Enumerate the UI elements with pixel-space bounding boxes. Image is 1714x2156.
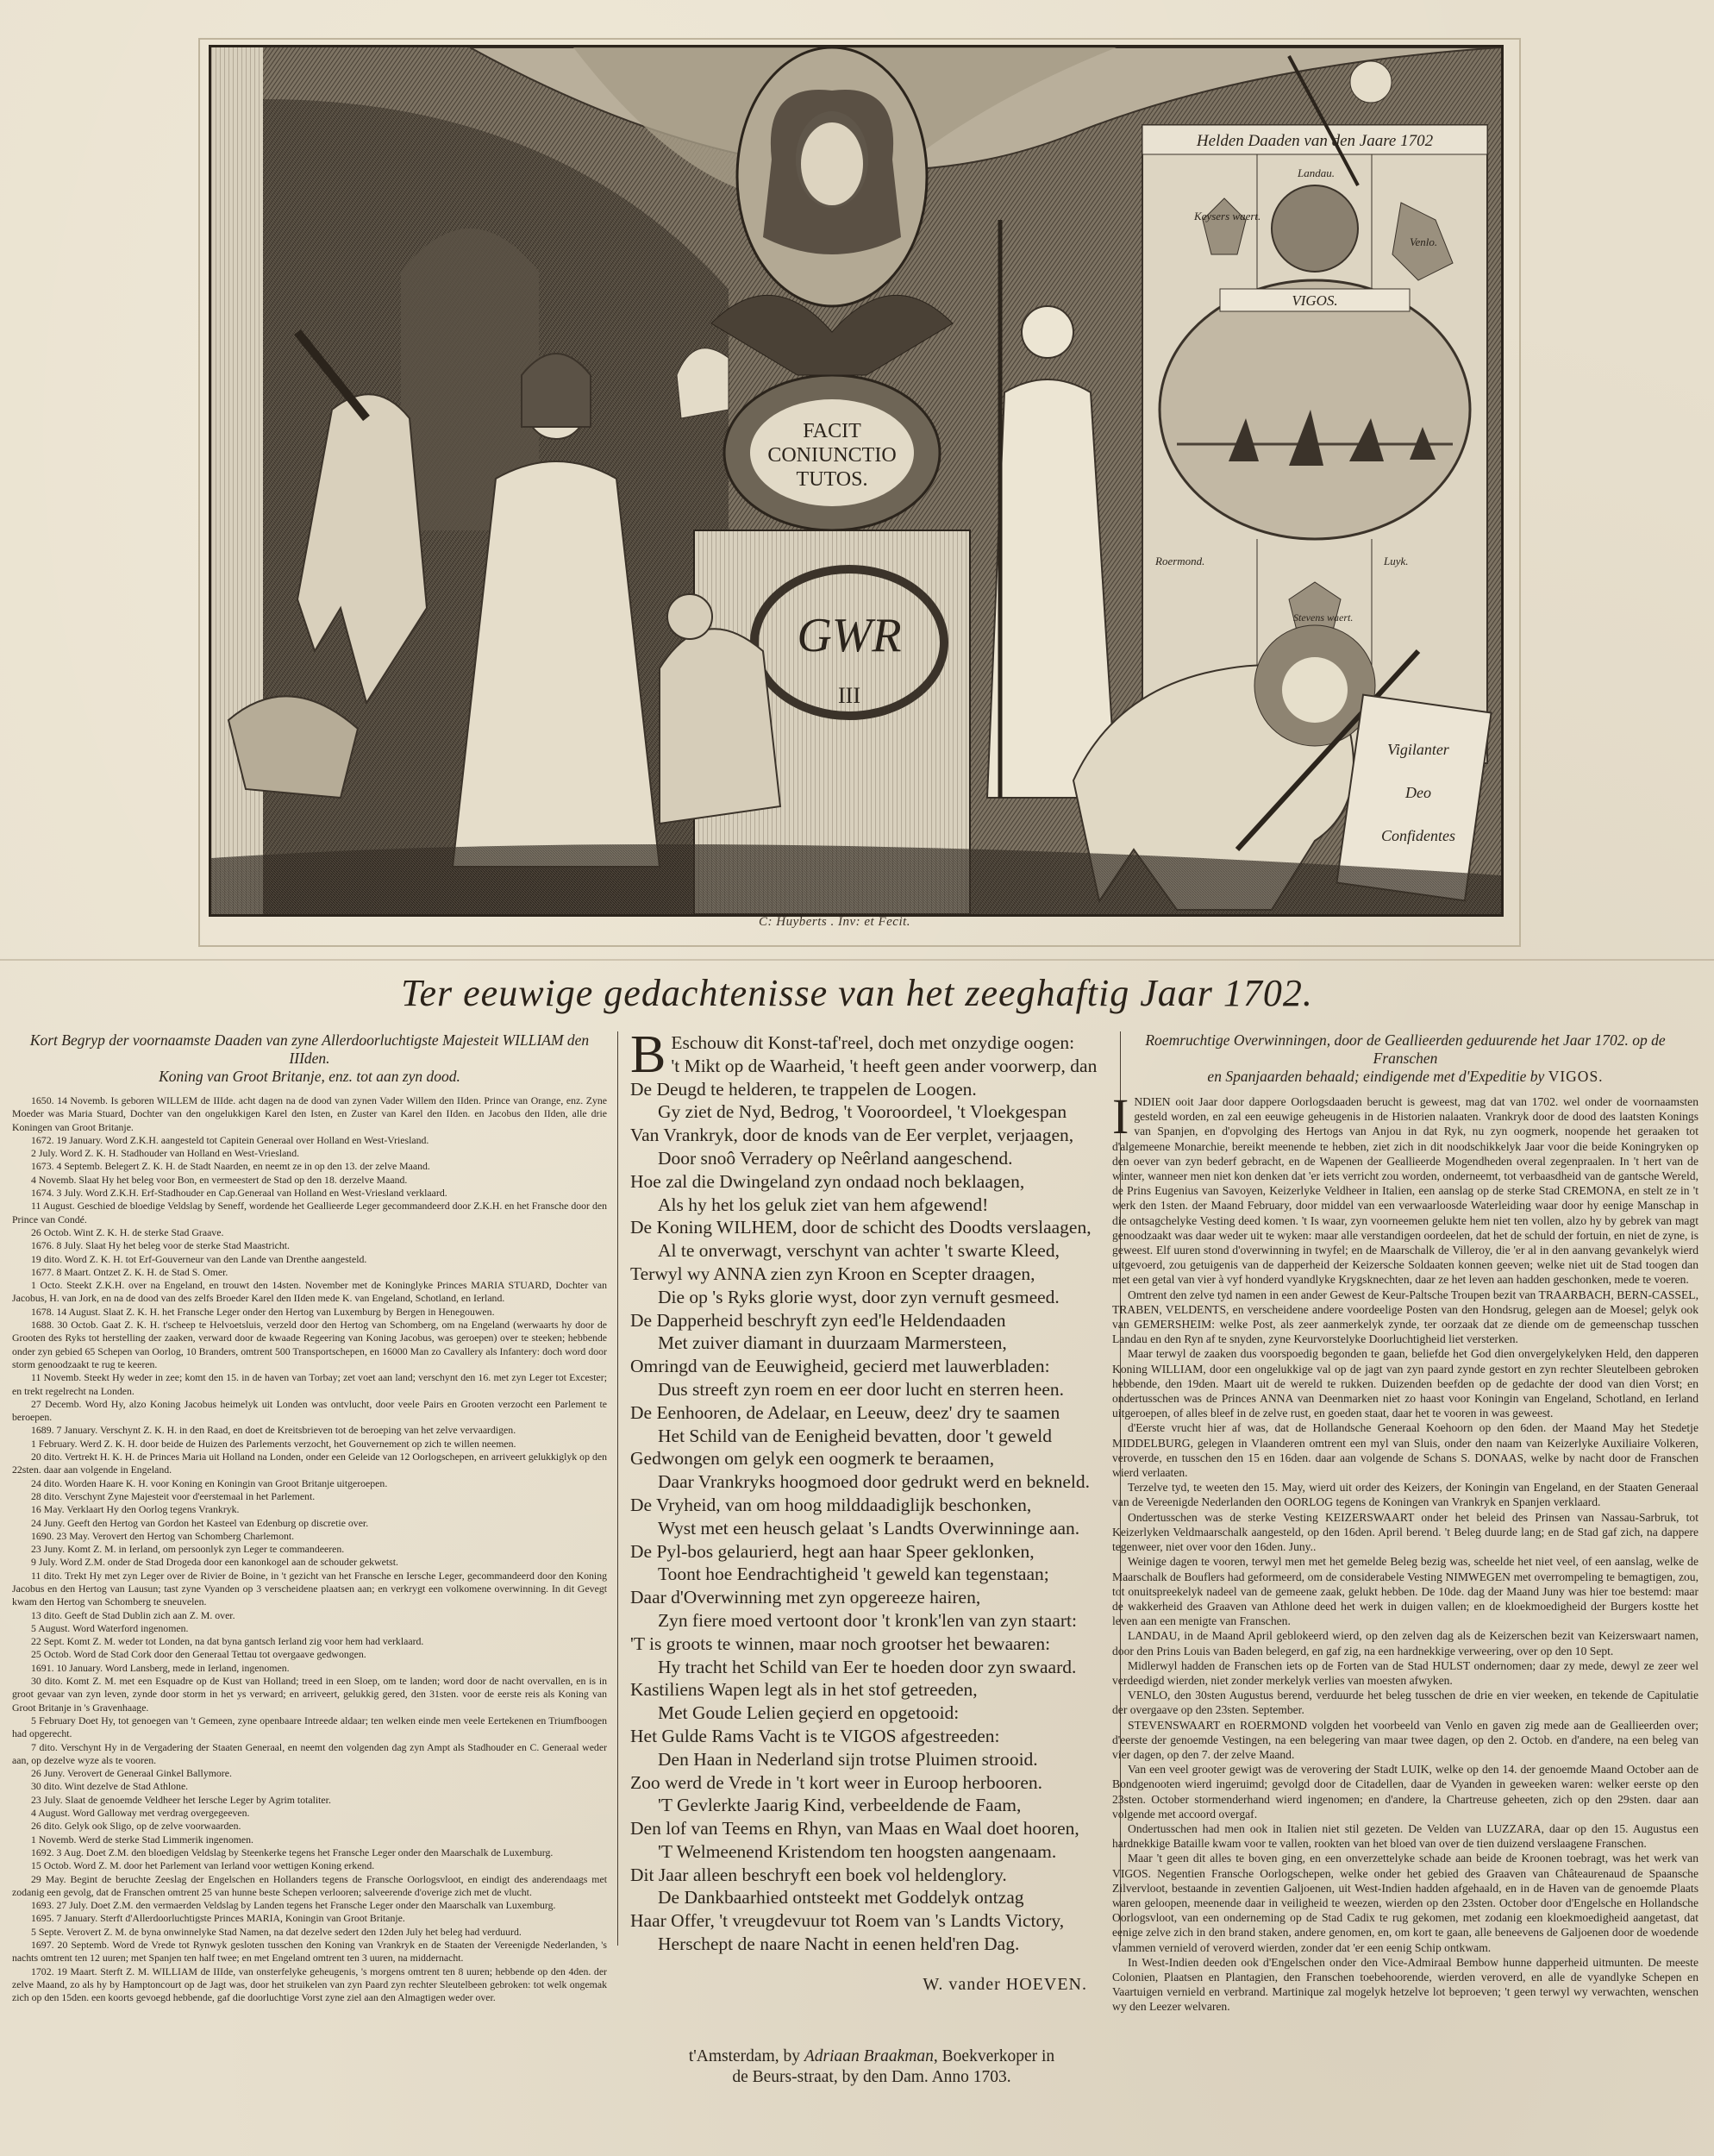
chronology-column: Kort Begryp der voornaamste Daaden van z…	[12, 1031, 607, 2004]
poem-line: Zoo werd de Vrede in 't kort weer in Eur…	[630, 1771, 1113, 1795]
engraving-illustration: FACIT CONIUNCTIO TUTOS. GWR III	[211, 47, 1501, 914]
victories-paragraph: Maar 't geen dit alles te boven ging, en…	[1112, 1851, 1698, 1954]
chronology-entry: 24 Juny. Geeft den Hertog van Gordon het…	[12, 1517, 607, 1530]
svg-text:Deo: Deo	[1404, 784, 1431, 801]
chronology-heading-line2: Koning van Groot Britanje, enz. tot aan …	[12, 1068, 607, 1086]
chronology-entry: 13 dito. Geeft de Stad Dublin zich aan Z…	[12, 1609, 607, 1622]
vigos-battle-scene	[1160, 280, 1470, 539]
chronology-entry: 19 dito. Word Z. K. H. tot Erf-Gouverneu…	[12, 1253, 607, 1266]
poem-line: Met Goude Lelien geçierd en opgetooid:	[630, 1702, 1113, 1725]
victories-paragraph: NDIEN ooit Jaar door dappere Oorlogsdaad…	[1112, 1095, 1698, 1286]
poem-line: Den Haan in Nederland sijn trotse Pluime…	[630, 1748, 1113, 1771]
chronology-entry: 4 August. Word Galloway met verdrag over…	[12, 1807, 607, 1820]
svg-text:Confidentes: Confidentes	[1381, 827, 1455, 844]
chronology-entry: 5 August. Word Waterford ingenomen.	[12, 1622, 607, 1635]
chronology-entry: 1678. 14 August. Slaat Z. K. H. het Fran…	[12, 1306, 607, 1319]
publisher-imprint: t'Amsterdam, by Adriaan Braakman, Boekve…	[630, 2046, 1113, 2088]
poem-line: De Dankbaarhied ontsteekt met Goddelyk o…	[630, 1886, 1113, 1909]
chronology-entry: 15 Octob. Word Z. M. door het Parlement …	[12, 1859, 607, 1872]
poem-line: Haar Offer, 't vreugdevuur tot Roem van …	[630, 1909, 1113, 1933]
victories-paragraph: STEVENSWAART en ROERMOND volgden het voo…	[1112, 1718, 1698, 1763]
victories-paragraph: Ondertusschen was de sterke Vesting KEIZ…	[1112, 1510, 1698, 1555]
svg-text:Keysers waert.: Keysers waert.	[1193, 210, 1260, 222]
victories-paragraph: Terzelve tyd, te weeten den 15. May, wie…	[1112, 1480, 1698, 1509]
chronology-entry: 11 August. Geschied de bloedige Veldslag…	[12, 1200, 607, 1226]
imprint-publisher: Adriaan Braakman	[804, 2047, 934, 2065]
victories-dropcap: I	[1112, 1097, 1129, 1137]
poem-signature: W. vander HOEVEN.	[630, 1975, 1113, 1995]
chronology-entry: 25 Octob. Word de Stad Cork door den Gen…	[12, 1648, 607, 1661]
poem-dropcap: B	[630, 1033, 666, 1076]
chronology-entry: 26 Juny. Verovert de Generaal Ginkel Bal…	[12, 1767, 607, 1780]
chronology-entry: 30 dito. Komt Z. M. met een Esquadre op …	[12, 1675, 607, 1714]
page-title: Ter eeuwige gedachtenisse van het zeegha…	[0, 971, 1714, 1015]
victories-paragraph: LANDAU, in de Maand April geblokeerd wie…	[1112, 1628, 1698, 1658]
chronology-entry: 5 February Doet Hy, tot genoegen van 't …	[12, 1714, 607, 1741]
chronology-entry: 1 Novemb. Werd de sterke Stad Limmerik i…	[12, 1833, 607, 1846]
svg-text:Venlo.: Venlo.	[1410, 235, 1437, 248]
chronology-entry: 1697. 20 Septemb. Word de Vrede tot Rynw…	[12, 1939, 607, 1965]
poem-line: De Vryheid, van om hoog milddaadiglijk b…	[630, 1494, 1113, 1517]
chronology-entry: 1690. 23 May. Verovert den Hertog van Sc…	[12, 1530, 607, 1543]
poem-line: 'T Welmeenend Kristendom ten hoogsten aa…	[630, 1840, 1113, 1864]
chronology-entry: 1650. 14 Novemb. Is geboren WILLEM de II…	[12, 1094, 607, 1134]
svg-text:Landau.: Landau.	[1297, 166, 1335, 179]
chronology-entry: 29 May. Begint de beruchte Zeeslag der E…	[12, 1873, 607, 1900]
chronology-entry: 1676. 8 July. Slaat Hy het beleg voor de…	[12, 1239, 607, 1252]
chronology-entry: 26 dito. Gelyk ook Sligo, op de zelve vo…	[12, 1820, 607, 1833]
chronology-entry: 9 July. Word Z.M. onder de Stad Drogeda …	[12, 1556, 607, 1569]
chronology-entry: 1688. 30 Octob. Gaat Z. K. H. t'scheep t…	[12, 1319, 607, 1371]
victories-heading: Roemruchtige Overwinningen, door de Geal…	[1112, 1031, 1698, 1086]
motto-cartouche: FACIT CONIUNCTIO TUTOS.	[724, 375, 940, 530]
chronology-entry: 1677. 8 Maart. Ontzet Z. K. H. de Stad S…	[12, 1266, 607, 1279]
engraving-allegory: FACIT CONIUNCTIO TUTOS. GWR III	[209, 45, 1504, 917]
chronology-entry: 7 dito. Verschynt Hy in de Vergadering d…	[12, 1741, 607, 1768]
victories-paragraph: Weinige dagen te vooren, terwyl men met …	[1112, 1554, 1698, 1628]
chronology-entry: 1674. 3 July. Word Z.K.H. Erf-Stadhouder…	[12, 1187, 607, 1200]
victories-paragraph: d'Eerste vrucht hier af was, dat de Holl…	[1112, 1420, 1698, 1480]
poem-line: Terwyl wy ANNA zien zyn Kroon en Scepter…	[630, 1263, 1113, 1286]
poem-line: 't Mikt op de Waarheid, 't heeft geen an…	[630, 1055, 1113, 1078]
portrait-william-iii	[737, 47, 927, 306]
victories-column: Roemruchtige Overwinningen, door de Geal…	[1112, 1031, 1698, 2015]
poem-line: Als hy het los geluk ziet van hem afgewe…	[630, 1194, 1113, 1217]
chronology-entry: 28 dito. Verschynt Zyne Majesteit voor d…	[12, 1490, 607, 1503]
svg-text:Vigilanter: Vigilanter	[1387, 741, 1450, 758]
victories-paragraph: In West-Indien deeden ook d'Engelschen o…	[1112, 1955, 1698, 2015]
svg-text:Roermond.: Roermond.	[1154, 555, 1204, 567]
poem-line: Toont hoe Eendrachtigheid 't geweld kan …	[630, 1563, 1113, 1586]
chronology-entry: 27 Decemb. Word Hy, alzo Koning Jacobus …	[12, 1398, 607, 1425]
poem-line: Omringd van de Eeuwigheid, gecierd met l…	[630, 1355, 1113, 1378]
poem-column: B Eschouw dit Konst-taf'reel, doch met o…	[617, 1031, 1121, 1946]
chronology-entry: 1691. 10 January. Word Lansberg, mede in…	[12, 1662, 607, 1675]
chronology-entry: 20 dito. Vertrekt H. K. H. de Princes Ma…	[12, 1451, 607, 1477]
poem-line: Gedwongen om gelyk een oogmerk te beraam…	[630, 1447, 1113, 1470]
chronology-heading-line1: Kort Begryp der voornaamste Daaden van z…	[12, 1031, 607, 1068]
svg-text:CONIUNCTIO: CONIUNCTIO	[767, 444, 896, 467]
poem-line: Van Vrankryk, door de knods van de Eer v…	[630, 1124, 1113, 1147]
imprint-text: , Boekverkoper in	[934, 2047, 1054, 2065]
poem-line: Kastiliens Wapen legt als in het stof ge…	[630, 1678, 1113, 1702]
victories-paragraph: VENLO, den 30sten Augustus berend, verdu…	[1112, 1688, 1698, 1717]
chronology-entry: 24 dito. Worden Haare K. H. voor Koning …	[12, 1477, 607, 1490]
poem-line: De Dapperheid beschryft zyn eed'le Helde…	[630, 1309, 1113, 1332]
poem-line: Dus streeft zyn roem en eer door lucht e…	[630, 1378, 1113, 1401]
chronology-entries: 1650. 14 Novemb. Is geboren WILLEM de II…	[12, 1094, 607, 2004]
victories-text: INDIEN ooit Jaar door dappere Oorlogsdaa…	[1112, 1094, 1698, 2015]
chronology-entry: 11 dito. Trekt Hy met zyn Leger over de …	[12, 1570, 607, 1609]
poem-line: Gy ziet de Nyd, Bedrog, 't Vooroordeel, …	[630, 1100, 1113, 1124]
poem-line: Met zuiver diamant in duurzaam Marmerste…	[630, 1332, 1113, 1355]
poem-line: Het Gulde Rams Vacht is te VIGOS afgestr…	[630, 1725, 1113, 1748]
poem-line: De Pyl-bos gelaurierd, hegt aan haar Spe…	[630, 1540, 1113, 1564]
poem-line: Zyn fiere moed vertoont door 't kronk'le…	[630, 1609, 1113, 1633]
chronology-entry: 1695. 7 January. Sterft d'Allerdoorlucht…	[12, 1912, 607, 1925]
poem-line: Al te onverwagt, verschynt van achter 't…	[630, 1239, 1113, 1263]
chronology-entry: 23 Juny. Komt Z. M. in Ierland, om perso…	[12, 1543, 607, 1556]
poem-line: Daar Vrankryks hoogmoed door gedrukt wer…	[630, 1470, 1113, 1494]
victories-heading-line1: Roemruchtige Overwinningen, door de Geal…	[1112, 1031, 1698, 1068]
poem-line: Hoe zal die Dwingeland zyn ondaad noch b…	[630, 1170, 1113, 1194]
chronology-entry: 30 dito. Wint dezelve de Stad Athlone.	[12, 1780, 607, 1793]
poem-line: De Deugd te helderen, te trappelen de Lo…	[630, 1078, 1113, 1101]
imprint-address: de Beurs-straat, by den Dam. Anno 1703.	[732, 2068, 1010, 2086]
chronology-entry: 22 Sept. Komt Z. M. weder tot Londen, na…	[12, 1635, 607, 1648]
svg-text:Stevens waert.: Stevens waert.	[1293, 611, 1353, 624]
chronology-entry: 1673. 4 Septemb. Belegert Z. K. H. de St…	[12, 1160, 607, 1173]
svg-text:VIGOS.: VIGOS.	[1292, 292, 1337, 309]
svg-text:TUTOS.: TUTOS.	[797, 468, 868, 491]
svg-text:III: III	[838, 683, 860, 708]
poem-line: Dit Jaar alleen beschryft een boek vol h…	[630, 1864, 1113, 1887]
chronology-entry: 11 Novemb. Steekt Hy weder in zee; komt …	[12, 1371, 607, 1398]
chronology-entry: 1692. 3 Aug. Doet Z.M. den bloedigen Vel…	[12, 1846, 607, 1859]
victories-heading-vigos: VIGOS.	[1548, 1068, 1604, 1085]
victories-paragraph: Maar terwyl de zaaken dus voorspoedig be…	[1112, 1346, 1698, 1420]
svg-text:GWR: GWR	[797, 609, 901, 662]
svg-text:FACIT: FACIT	[803, 420, 861, 442]
chronology-entry: 4 Novemb. Slaat Hy het beleg voor Bon, e…	[12, 1174, 607, 1187]
poem-line: De Koning WILHEM, door de schicht des Do…	[630, 1216, 1113, 1239]
poem-line: 'T Gevlerkte Jaarig Kind, verbeeldende d…	[630, 1794, 1113, 1817]
chronology-entry: 26 Octob. Wint Z. K. H. de sterke Stad G…	[12, 1226, 607, 1239]
chronology-entry: 2 July. Word Z. K. H. Stadhouder van Hol…	[12, 1147, 607, 1160]
engraver-credit: C: Huyberts . Inv: et Fecit.	[759, 915, 910, 930]
poem-line: Wyst met een heusch gelaat 's Landts Ove…	[630, 1517, 1113, 1540]
victories-paragraph: Ondertusschen had men ook in Italien nie…	[1112, 1821, 1698, 1851]
svg-text:Helden Daaden van den Jaare 17: Helden Daaden van den Jaare 1702	[1196, 132, 1434, 150]
poem-line: Hy tracht het Schild van Eer te hoeden d…	[630, 1656, 1113, 1679]
fold-line	[0, 959, 1714, 961]
poem-line: Eschouw dit Konst-taf'reel, doch met onz…	[630, 1031, 1113, 1055]
poem-line: Daar d'Overwinning met zyn opgereeze hai…	[630, 1586, 1113, 1609]
imprint-text: t'Amsterdam, by	[689, 2047, 804, 2065]
chronology-entry: 5 Septe. Verovert Z. M. de byna onwinnel…	[12, 1926, 607, 1939]
chronology-entry: 1693. 27 July. Doet Z.M. den vermaerden …	[12, 1899, 607, 1912]
chronology-entry: 16 May. Verklaart Hy den Oorlog tegens V…	[12, 1503, 607, 1516]
chronology-entry: 1689. 7 January. Verschynt Z. K. H. in d…	[12, 1424, 607, 1437]
victories-paragraph: Midlerwyl hadden de Franschen iets op de…	[1112, 1658, 1698, 1688]
victories-paragraph: Omtrent den zelve tyd namen in een ander…	[1112, 1288, 1698, 1347]
chronology-heading: Kort Begryp der voornaamste Daaden van z…	[12, 1031, 607, 1086]
poem-line: Herschept de naare Nacht in eenen held'r…	[630, 1933, 1113, 1956]
poem-line: Het Schild van de Eenigheid bevatten, do…	[630, 1425, 1113, 1448]
chronology-entry: 1702. 19 Maart. Sterft Z. M. WILLIAM de …	[12, 1965, 607, 2005]
poem: B Eschouw dit Konst-taf'reel, doch met o…	[630, 1031, 1113, 1956]
poem-line: Die op 's Ryks glorie wyst, door zyn ver…	[630, 1286, 1113, 1309]
svg-text:Luyk.: Luyk.	[1383, 555, 1409, 567]
chronology-entry: 23 July. Slaat de genoemde Veldheer het …	[12, 1794, 607, 1807]
chronology-entry: 1 February. Werd Z. K. H. door beide de …	[12, 1438, 607, 1451]
poem-line: Den lof van Teems en Rhyn, van Maas en W…	[630, 1817, 1113, 1840]
poem-line: 'T is groots te winnen, maar noch groots…	[630, 1633, 1113, 1656]
chronology-entry: 1672. 19 January. Word Z.K.H. aangesteld…	[12, 1134, 607, 1147]
victories-paragraph: Van een veel grooter gewigt was de verov…	[1112, 1762, 1698, 1821]
chronology-entry: 1 Octo. Steekt Z.K.H. over na Engeland, …	[12, 1279, 607, 1306]
poem-line: Door snoô Verradery op Neêrland aangesch…	[630, 1147, 1113, 1170]
victories-heading-line2: en Spanjaarden behaald; eindigende met d…	[1207, 1068, 1548, 1085]
poem-line: De Eenhooren, de Adelaar, en Leeuw, deez…	[630, 1401, 1113, 1425]
